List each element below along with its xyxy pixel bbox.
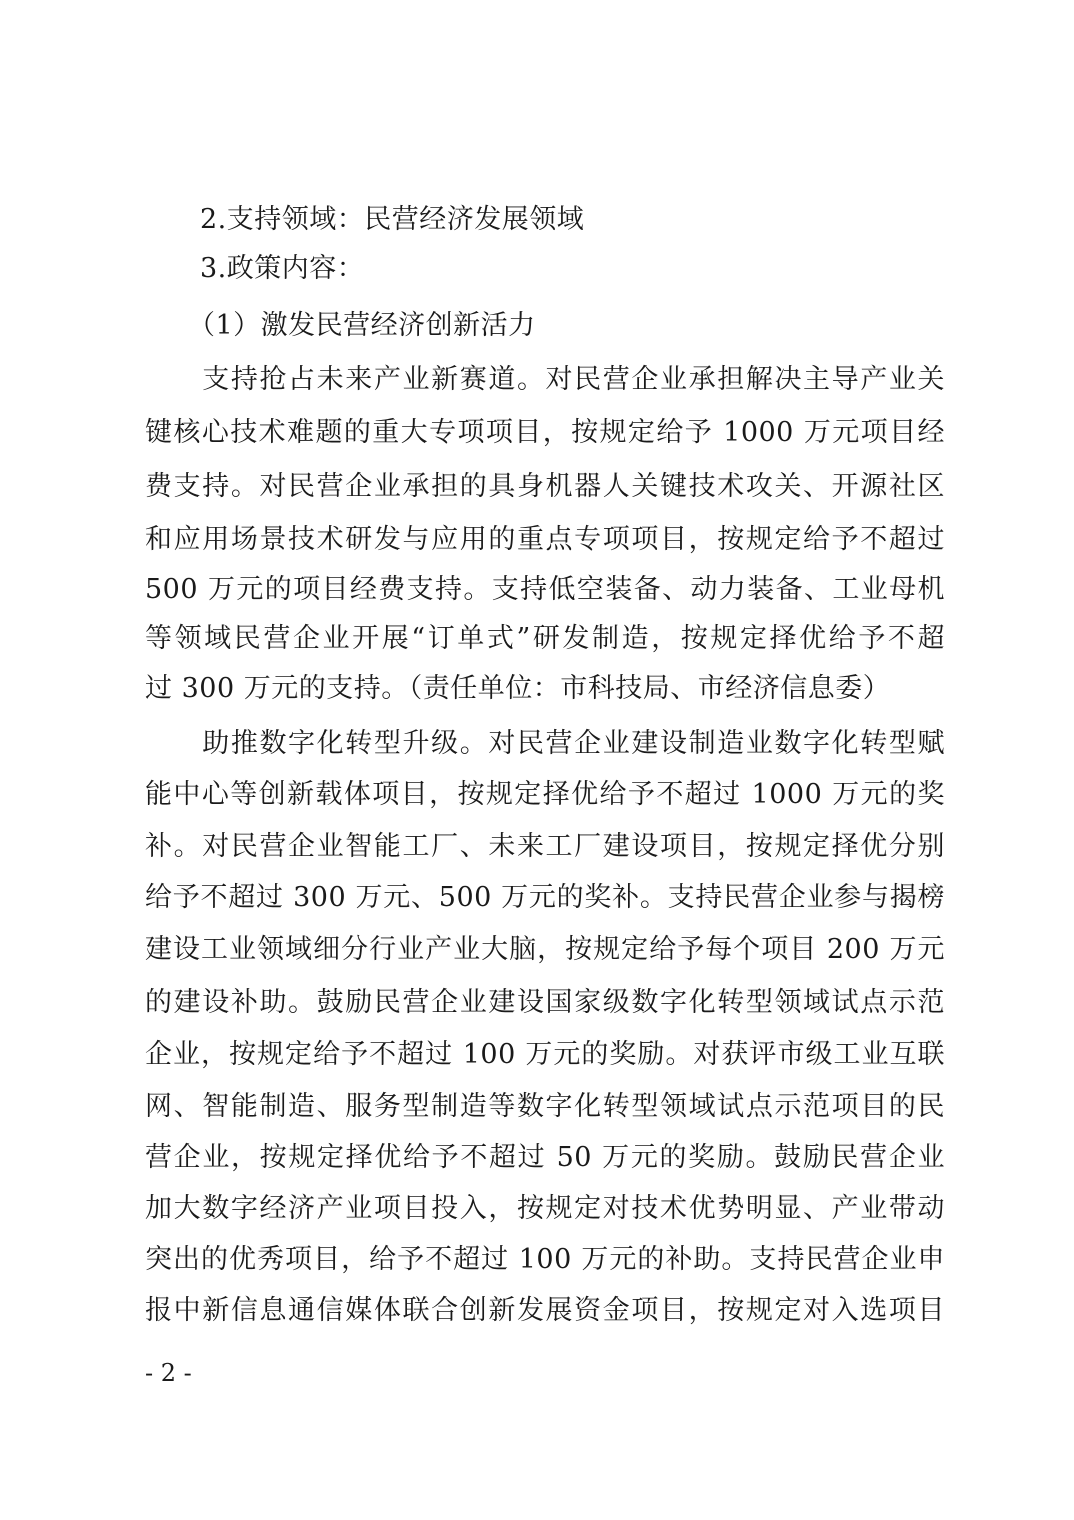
paragraph-line: 营企业，按规定择优给予不超过 50 万元的奖励。鼓励民营企业 [145,1141,945,1175]
paragraph-line: 费支持。对民营企业承担的具身机器人关键技术攻关、开源社区 [145,470,945,504]
paragraph-line: 网、智能制造、服务型制造等数字化转型领域试点示范项目的民 [145,1090,945,1124]
paragraph-line: 企业，按规定给予不超过 100 万元的奖励。对获评市级工业互联 [145,1038,945,1072]
paragraph-line: 500 万元的项目经费支持。支持低空装备、动力装备、工业母机 [145,573,945,607]
paragraph-line: 给予不超过 300 万元、500 万元的奖补。支持民营企业参与揭榜 [145,881,945,915]
section-heading-policy-content: 3.政策内容： [200,252,1000,286]
paragraph-line: 过 300 万元的支持。（责任单位：市科技局、市经济信息委） [145,672,945,706]
paragraph-line: 报中新信息通信媒体联合创新发展资金项目，按规定对入选项目 [145,1294,945,1328]
paragraph-line: 键核心技术难题的重大专项项目，按规定给予 1000 万元项目经 [145,416,945,450]
paragraph-line: 支持抢占未来产业新赛道。对民营企业承担解决主导产业关 [145,363,945,397]
paragraph-line: 能中心等创新载体项目，按规定择优给予不超过 1000 万元的奖 [145,778,945,812]
paragraph-line: 建设工业领域细分行业产业大脑，按规定给予每个项目 200 万元 [145,933,945,967]
page-number: - 2 - [145,1358,192,1388]
section-heading-support-field: 2.支持领域：民营经济发展领域 [200,203,1000,237]
paragraph-line: 补。对民营企业智能工厂、未来工厂建设项目，按规定择优分别 [145,830,945,864]
paragraph-line: 和应用场景技术研发与应用的重点专项项目，按规定给予不超过 [145,523,945,557]
paragraph-line: 等领域民营企业开展“订单式”研发制造，按规定择优给予不超 [145,622,945,656]
paragraph-line: 的建设补助。鼓励民营企业建设国家级数字化转型领域试点示范 [145,986,945,1020]
paragraph-line: 加大数字经济产业项目投入，按规定对技术优势明显、产业带动 [145,1192,945,1226]
subsection-heading-innovation: （1）激发民营经济创新活力 [188,309,988,343]
paragraph-line: 助推数字化转型升级。对民营企业建设制造业数字化转型赋 [145,727,945,761]
document-page: 2.支持领域：民营经济发展领域 3.政策内容： （1）激发民营经济创新活力 支持… [0,0,1074,1520]
paragraph-line: 突出的优秀项目，给予不超过 100 万元的补助。支持民营企业申 [145,1243,945,1277]
